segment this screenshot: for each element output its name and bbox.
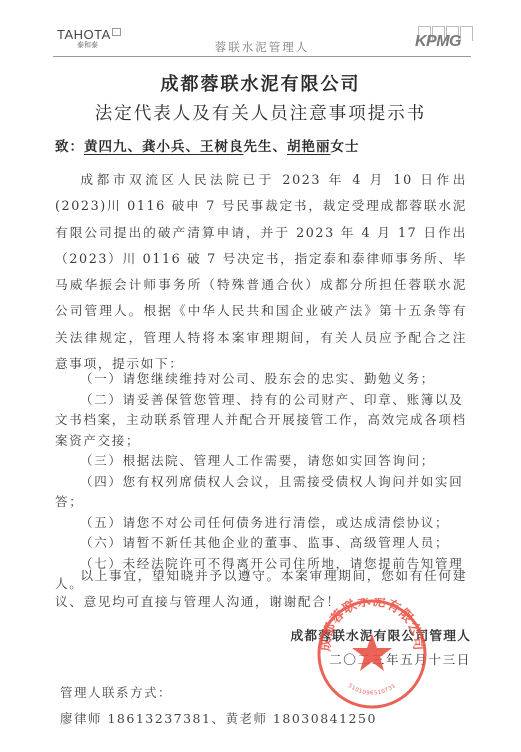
closing-paragraph: 以上事宜，望知晓并予以遵守。本案审理期间，您如有任何建议、意见均可直接与管理人沟… <box>55 563 467 616</box>
contact-label: 管理人联系方式： <box>60 680 377 706</box>
logo-mark-icon <box>112 28 121 36</box>
contact-details: 廖律师 18613237381、黄老师 18030841250 <box>60 706 377 732</box>
contact-block: 管理人联系方式： 廖律师 18613237381、黄老师 18030841250 <box>60 680 377 732</box>
notice-item: （一）请您继续维持对公司、股东会的忠实、勤勉义务； <box>55 369 467 390</box>
document-subtitle: 法定代表人及有关人员注意事项提示书 <box>0 100 521 125</box>
kpmg-logo-text: KPMG <box>415 33 461 51</box>
notice-item: （三）根据法院、管理人工作需要，请您如实回答询问； <box>55 451 467 472</box>
signature-date: 二〇二三年五月十三日 <box>290 648 471 672</box>
recipient-names-women: 胡艳丽 <box>287 139 331 155</box>
notice-item: （四）您有权列席债权人会议，且需接受债权人询问并如实回答； <box>55 472 467 513</box>
notice-item: （二）请妥善保管您管理、持有的公司财产、印章、账簿以及文书档案，主动联系管理人并… <box>55 390 467 452</box>
recipient-title-women: 女士 <box>331 139 360 155</box>
kpmg-logo: KPMG <box>415 26 467 52</box>
intro-paragraph: 成都市双流区人民法院已于 2023 年 4 月 10 日作出(2023)川 01… <box>55 167 467 377</box>
recipients-line: 致：黄四九、龚小兵、王树良先生、胡艳丽女士 <box>55 135 360 155</box>
document-title: 成都蓉联水泥有限公司 <box>0 70 521 96</box>
header-title: 蓉联水泥管理人 <box>53 39 471 55</box>
signature-block: 成都蓉联水泥有限公司管理人 二〇二三年五月十三日 <box>290 624 471 672</box>
notice-item: （五）请您不对公司任何债务进行清偿，或达成清偿协议； <box>55 513 467 534</box>
signature-org: 成都蓉联水泥有限公司管理人 <box>290 624 471 648</box>
notice-item: （六）请暂不新任其他企业的董事、监事、高级管理人员； <box>55 533 467 554</box>
recipients-prefix: 致： <box>55 139 84 155</box>
letterhead: TAHOTA 泰和泰 蓉联水泥管理人 KPMG <box>53 26 471 57</box>
notice-items-list: （一）请您继续维持对公司、股东会的忠实、勤勉义务； （二）请妥善保管您管理、持有… <box>55 369 467 595</box>
recipient-title-men: 先生、 <box>244 139 288 155</box>
recipient-names-men: 黄四九、龚小兵、王树良 <box>84 139 244 155</box>
